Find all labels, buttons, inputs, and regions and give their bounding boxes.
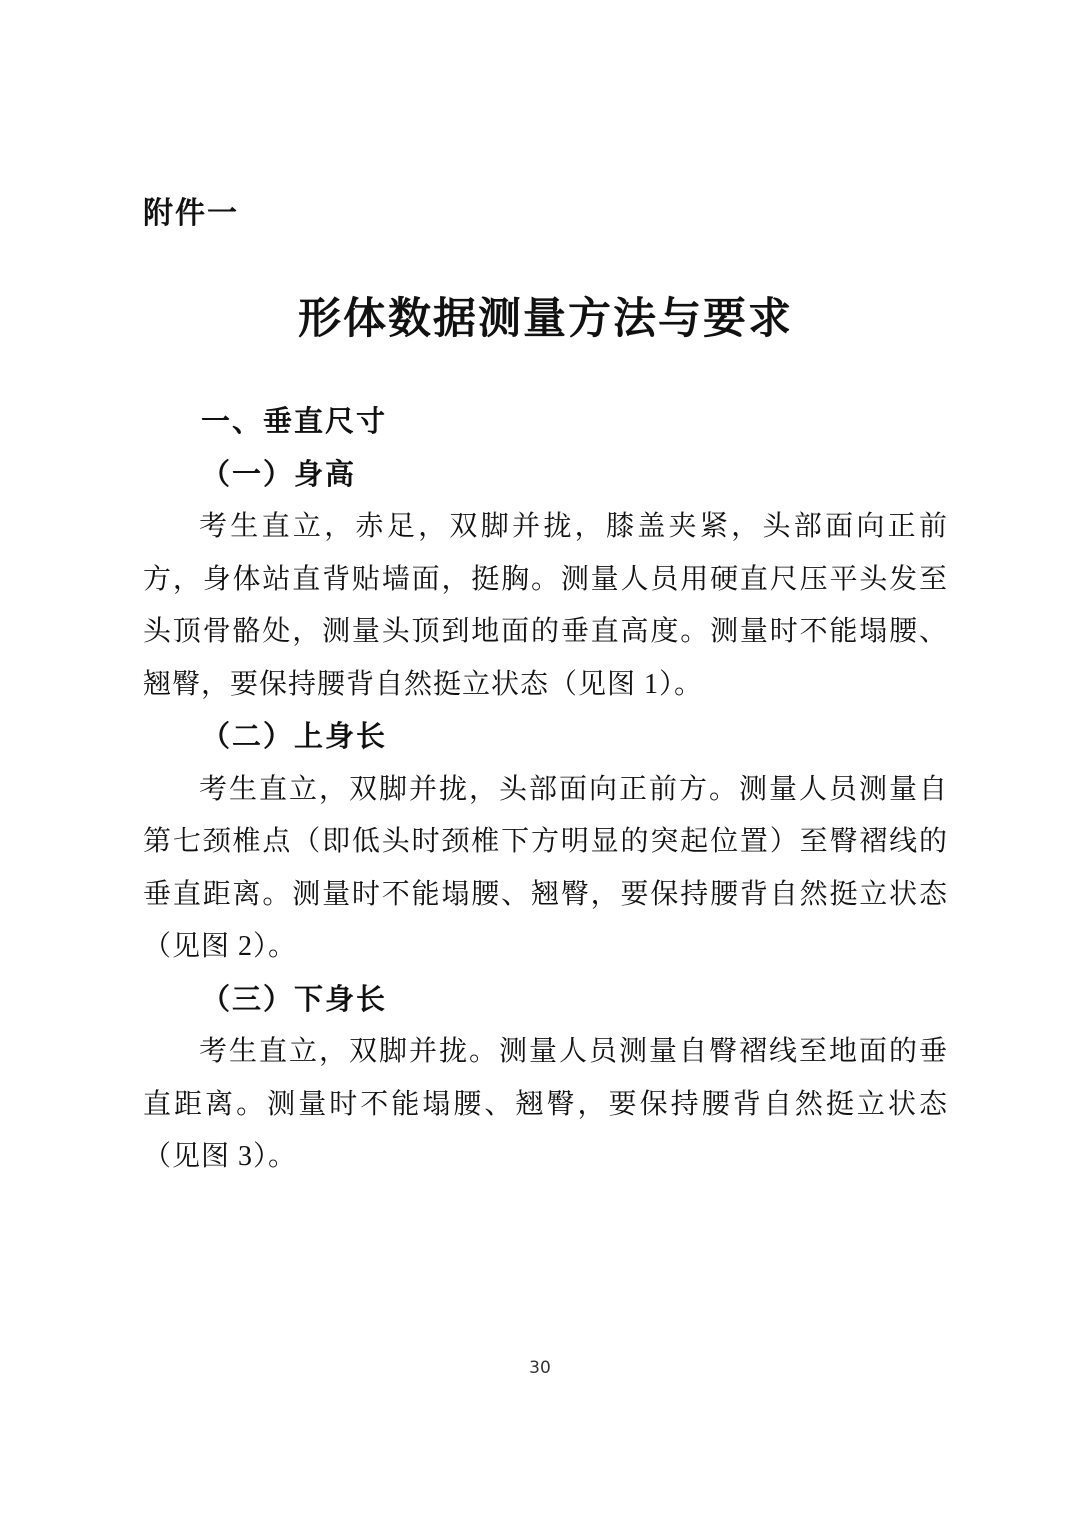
subsection-heading-height: （一）身高 xyxy=(143,449,948,502)
attachment-label: 附件一 xyxy=(143,0,948,236)
page-number: 30 xyxy=(0,1358,1080,1378)
paragraph-height: 考生直立，赤足，双脚并拢，膝盖夹紧，头部面向正前方，身体站直背贴墙面，挺胸。测量… xyxy=(143,501,948,711)
document-body: 一、垂直尺寸 （一）身高 考生直立，赤足，双脚并拢，膝盖夹紧，头部面向正前方，身… xyxy=(143,396,948,1184)
document-page: 附件一 形体数据测量方法与要求 一、垂直尺寸 （一）身高 考生直立，赤足，双脚并… xyxy=(0,0,1080,1526)
subsection-heading-lower-body-length: （三）下身长 xyxy=(143,974,948,1027)
paragraph-lower-body-length: 考生直立，双脚并拢。测量人员测量自臀褶线至地面的垂直距离。测量时不能塌腰、翘臀，… xyxy=(143,1026,948,1184)
document-title: 形体数据测量方法与要求 xyxy=(143,292,948,348)
paragraph-upper-body-length: 考生直立，双脚并拢，头部面向正前方。测量人员测量自第七颈椎点（即低头时颈椎下方明… xyxy=(143,764,948,974)
section-heading-vertical-dimensions: 一、垂直尺寸 xyxy=(143,396,948,449)
subsection-heading-upper-body-length: （二）上身长 xyxy=(143,711,948,764)
document-content: 附件一 形体数据测量方法与要求 一、垂直尺寸 （一）身高 考生直立，赤足，双脚并… xyxy=(143,0,948,1184)
